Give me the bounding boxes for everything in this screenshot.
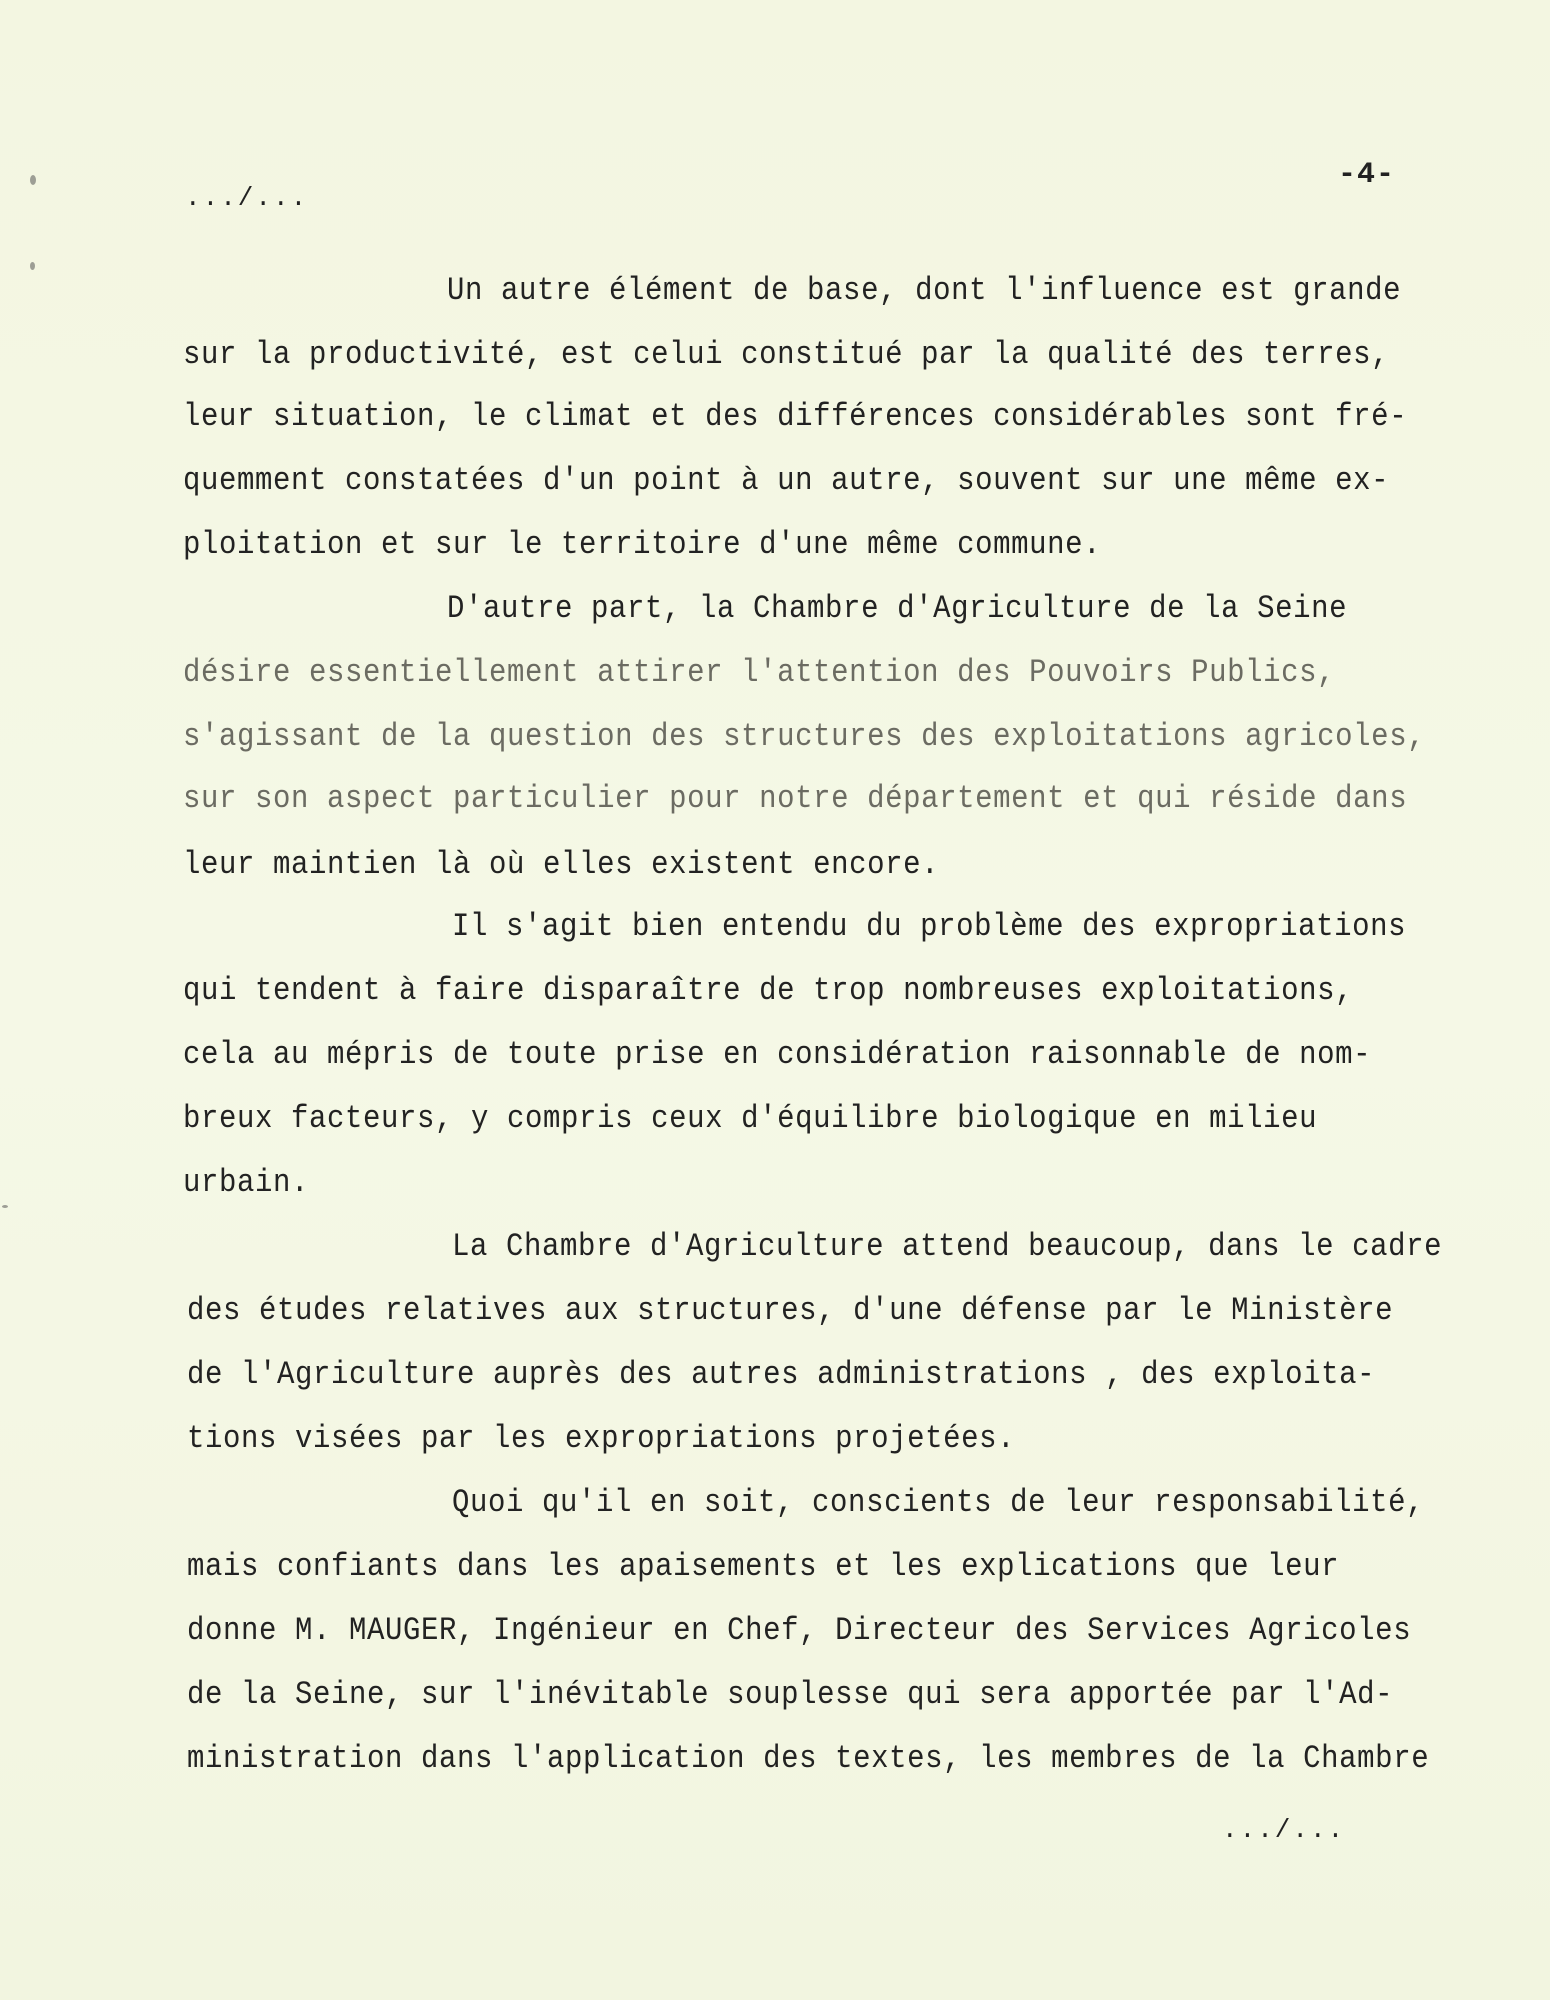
text-line: leur maintien là où elles existent encor… (183, 846, 939, 883)
paper-mark (2, 1205, 8, 1208)
document-page: -4- .../... Un autre élément de base, do… (0, 0, 1550, 2000)
text-line: des études relatives aux structures, d'u… (187, 1292, 1393, 1329)
text-line: tions visées par les expropriations proj… (187, 1420, 1015, 1457)
text-line: La Chambre d'Agriculture attend beaucoup… (452, 1228, 1442, 1265)
text-line: ploitation et sur le territoire d'une mê… (183, 526, 1101, 563)
text-line: de l'Agriculture auprès des autres admin… (187, 1356, 1375, 1393)
continuation-marker-bottom: .../... (1222, 1815, 1345, 1845)
paper-mark (30, 175, 36, 185)
text-line: urbain. (183, 1164, 309, 1201)
text-line: breux facteurs, y compris ceux d'équilib… (183, 1100, 1317, 1137)
text-line: leur situation, le climat et des différe… (183, 398, 1407, 435)
text-line: cela au mépris de toute prise en considé… (183, 1036, 1371, 1073)
text-line: ministration dans l'application des text… (187, 1740, 1429, 1777)
text-line: Il s'agit bien entendu du problème des e… (452, 908, 1406, 945)
continuation-marker-top: .../... (185, 183, 308, 213)
text-line: quemment constatées d'un point à un autr… (183, 462, 1389, 499)
text-line: D'autre part, la Chambre d'Agriculture d… (447, 590, 1347, 627)
text-line: désire essentiellement attirer l'attenti… (183, 654, 1335, 691)
text-line: qui tendent à faire disparaître de trop … (183, 972, 1353, 1009)
text-line: mais confiants dans les apaisements et l… (187, 1548, 1339, 1585)
text-line: donne M. MAUGER, Ingénieur en Chef, Dire… (187, 1612, 1411, 1649)
text-line: de la Seine, sur l'inévitable souplesse … (187, 1676, 1393, 1713)
text-line: s'agissant de la question des structures… (183, 718, 1425, 755)
paper-mark (30, 262, 35, 270)
page-number: -4- (1338, 158, 1395, 192)
text-line: Quoi qu'il en soit, conscients de leur r… (452, 1484, 1424, 1521)
text-line: Un autre élément de base, dont l'influen… (447, 272, 1401, 309)
text-line: sur la productivité, est celui constitué… (183, 336, 1389, 373)
text-line: sur son aspect particulier pour notre dé… (183, 780, 1407, 817)
